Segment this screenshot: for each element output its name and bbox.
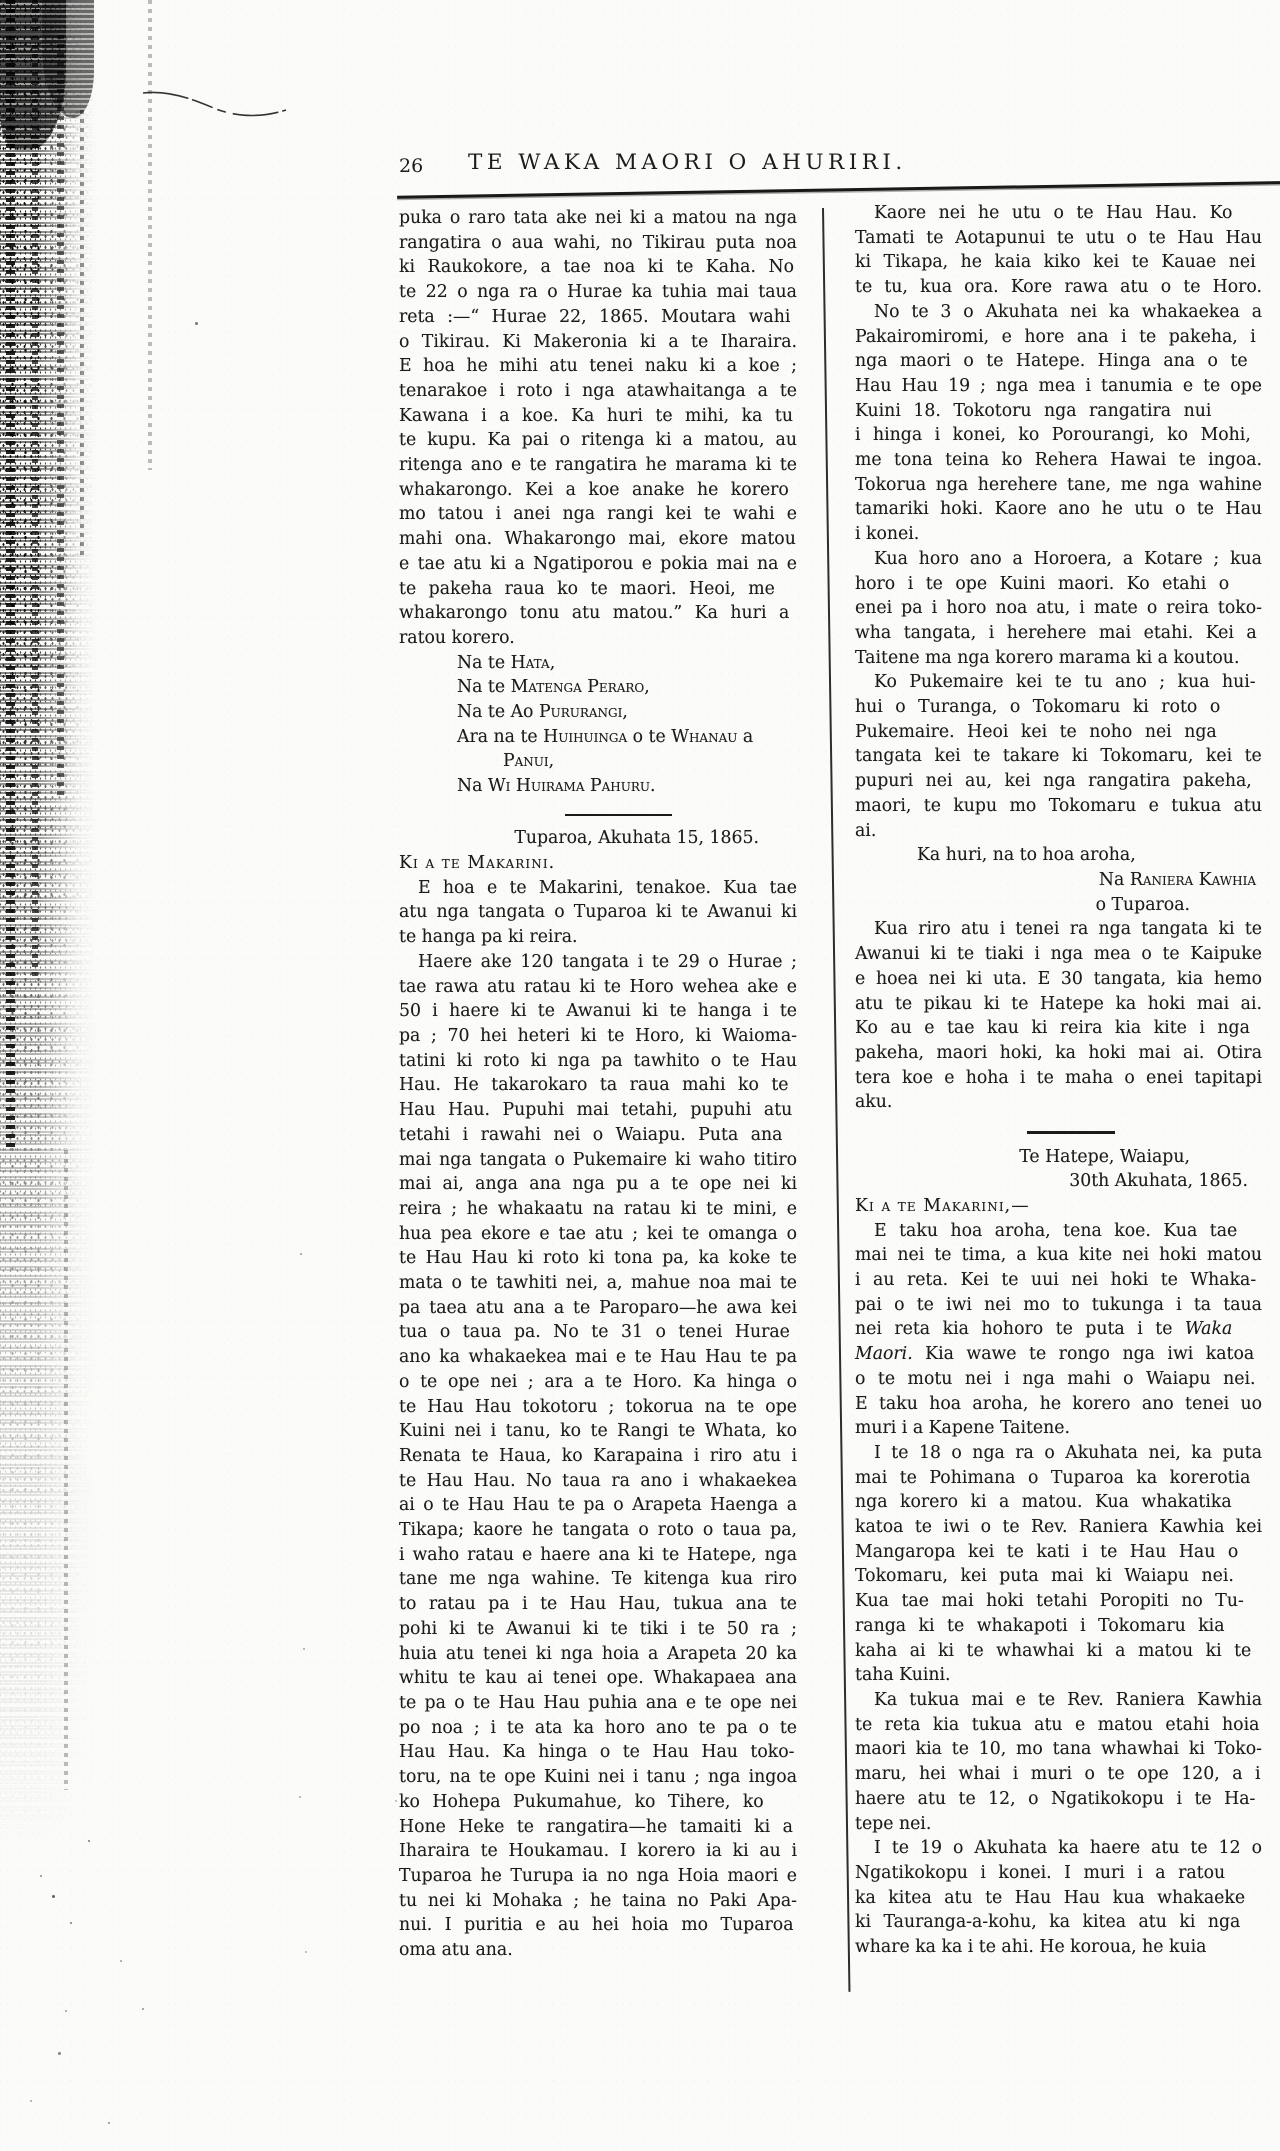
text-line: Tokorua nga herehere tane, me nga wahine <box>855 473 1262 498</box>
text-line: puka o raro tata ake nei ki a matou na n… <box>399 206 797 231</box>
text-line: Hau. He takarokaro ta raua mahi ko te <box>399 1073 797 1098</box>
text-line: Kua tae mai hoki tetahi Poropiti no Tu- <box>855 1589 1262 1614</box>
text-line: te Hau Hau. No taua ra ano i whakaekea <box>399 1469 797 1494</box>
text-line: i hinga i konei, ko Porourangi, ko Mohi, <box>855 423 1262 448</box>
dateline: Te Hatepe, Waiapu, <box>855 1145 1262 1170</box>
text-line: pa ; 70 hei heteri ki te Horo, ki Waioma… <box>399 1024 797 1049</box>
text-line: toru, na te ope Kuini nei i tanu ; nga i… <box>399 1765 797 1790</box>
text-line: mai ai, anga ana nga pu a te ope nei ki <box>399 1172 797 1197</box>
text-line: te 22 o nga ra o Hurae ka tuhia mai taua <box>399 280 797 305</box>
separator-rule <box>565 814 672 817</box>
text-line: taha Kuini. <box>855 1663 1262 1688</box>
text-line: i au reta. Kei te uui nei hoki te Whaka- <box>855 1268 1262 1293</box>
text-line: whitu te kau ai tenei ope. Whakapaea ana <box>399 1666 797 1691</box>
dust-speck <box>300 1253 302 1255</box>
dateline: 30th Akuhata, 1865. <box>855 1169 1262 1194</box>
scan-streak <box>32 0 38 980</box>
text-line: tu nei ki Mohaka ; he taina no Paki Apa- <box>399 1889 797 1914</box>
scan-streak <box>148 0 152 470</box>
text-line: te Hau Hau ki roto ki tona pa, ka koke t… <box>399 1246 797 1271</box>
text-line: Tuparoa he Turupa ia no nga Hoia maori e <box>399 1864 797 1889</box>
text-line: hua pea ekore e tae atu ; kei te omanga … <box>399 1222 797 1247</box>
text-line: tae rawa atu ratau ki te Horo wehea ake … <box>399 975 797 1000</box>
signature-line: o Tuparoa. <box>855 893 1262 918</box>
text-line: Tamati te Aotapunui te utu o te Hau Hau <box>855 226 1262 251</box>
text-line: te tu, kua ora. Kore rawa atu o te Horo. <box>855 275 1262 300</box>
text-line: Tokomaru, kei puta mai ki Waiapu nei. <box>855 1564 1262 1589</box>
text-line: o te ope nei ; ara a te Horo. Ka hinga o <box>399 1370 797 1395</box>
signature-line: Na te Ao Pururangi, <box>399 700 797 725</box>
dust-speck <box>88 1840 90 1842</box>
text-line: whakarongo tonu atu matou.” Ka huri a <box>399 601 797 626</box>
text-line: oma atu ana. <box>399 1938 797 1963</box>
text-line: mata o te tawhiti nei, a, mahue noa mai … <box>399 1271 797 1296</box>
text-line: ko Hohepa Pukumahue, ko Tihere, ko <box>399 1790 797 1815</box>
scan-streak <box>57 35 64 795</box>
text-line: e tae atu ki a Ngatiporou e pokia mai na… <box>399 552 797 577</box>
signature-line: Na te Hata, <box>399 651 797 676</box>
text-line: me tona teina ko Rehera Hawai te ingoa. <box>855 448 1262 473</box>
text-line: tatini ki roto ki nga pa tawhito o te Ha… <box>399 1049 797 1074</box>
text-line: E taku hoa aroha, he korero ano tenei uo <box>855 1392 1262 1417</box>
text-line: ki Tikapa, he kaia kiko kei te Kauae nei <box>855 250 1262 275</box>
text-line: o Tikirau. Ki Makeronia ki a te Iharaira… <box>399 330 797 355</box>
dust-speck <box>65 2010 67 2012</box>
text-line: 50 i haere ki te Awanui ki te hanga i te <box>399 999 797 1024</box>
text-line: mahi ona. Whakarongo mai, ekore matou <box>399 527 797 552</box>
text-line: aku. <box>855 1090 1262 1115</box>
text-line: No te 3 o Akuhata nei ka whakaekea a <box>855 300 1262 325</box>
text-line: horo i te ope Kuini maori. Ko etahi o <box>855 572 1262 597</box>
column-left: puka o raro tata ake nei ki a matou na n… <box>399 206 797 1963</box>
text-line: haere atu te 12, o Ngatikokopu i te Ha- <box>855 1787 1262 1812</box>
text-line: pai o te iwi nei mo to tukunga i ta taua <box>855 1293 1262 1318</box>
text-line: Maori. Kia wawe te rongo nga iwi katoa <box>855 1342 1262 1367</box>
text-line: te reta kia tukua atu e matou etahi hoia <box>855 1713 1262 1738</box>
text-line: ratou korero. <box>399 626 797 651</box>
text-line: ritenga ano e te rangatira he marama ki … <box>399 453 797 478</box>
text-line: te hanga pa ki reira. <box>399 925 797 950</box>
text-line: hui o Turanga, o Tokomaru ki roto o <box>855 695 1262 720</box>
text-line: Kawana i a koe. Ka huri te mihi, ka tu <box>399 404 797 429</box>
text-line: Ko au e tae kau ki reira kia kite i nga <box>855 1016 1262 1041</box>
text-line: po noa ; i te ata ka horo ano te pa o te <box>399 1716 797 1741</box>
dust-speck <box>120 1960 122 1962</box>
text-line: i waho ratau e haere ana ki te Hatepe, n… <box>399 1543 797 1568</box>
text-line: ai o te Hau Hau te pa o Arapeta Haenga a <box>399 1493 797 1518</box>
text-line: whare ka ka i te ahi. He koroua, he kuia <box>855 1935 1262 1960</box>
text-line: Pukemaire. Heoi kei te noho nei nga <box>855 720 1262 745</box>
header-rule <box>397 181 1280 199</box>
text-line: ranga ki te whakapoti i Tokomaru kia <box>855 1614 1262 1639</box>
signature-line: Na Wi Huirama Pahuru. <box>399 774 797 799</box>
text-line: E hoa e te Makarini, tenakoe. Kua tae <box>399 876 797 901</box>
text-line: rangatira o aua wahi, no Tikirau puta no… <box>399 231 797 256</box>
pen-stroke-artifact <box>140 88 290 130</box>
text-line: whakarongo. Kei a koe anake he korero <box>399 478 797 503</box>
scan-streak <box>64 1150 68 1790</box>
text-line: Ko Pukemaire kei te tu ano ; kua hui- <box>855 670 1262 695</box>
column-right: Kaore nei he utu o te Hau Hau. KoTamati … <box>855 201 1262 1960</box>
text-line: te pakeha raua ko te maori. Heoi, me <box>399 577 797 602</box>
column-divider-rule <box>822 208 850 1992</box>
ink-blob <box>42 0 94 118</box>
text-line: tane me nga wahine. Te kitenga kua riro <box>399 1567 797 1592</box>
text-line: tenarakoe i roto i nga atawhaitanga a te <box>399 379 797 404</box>
text-line: Kuini 18. Tokotoru nga rangatira nui <box>855 399 1262 424</box>
text-line: atu nga tangata o Tuparoa ki te Awanui k… <box>399 900 797 925</box>
dust-speck <box>52 1895 55 1898</box>
text-line: pakeha, maori hoki, ka hoki mai ai. Otir… <box>855 1041 1262 1066</box>
text-line: Kua riro atu i tenei ra nga tangata ki t… <box>855 917 1262 942</box>
text-line: te Hau Hau tokotoru ; tokorua na te ope <box>399 1395 797 1420</box>
text-line: Kua horo ano a Horoera, a Kotare ; kua <box>855 547 1262 572</box>
text-line: nga korero ki a matou. Kua whakatika <box>855 1490 1262 1515</box>
text-line: mai te Pohimana o Tuparoa ka korerotia <box>855 1466 1262 1491</box>
text-line: tera koe e hoha i te maha o enei tapitap… <box>855 1066 1262 1091</box>
text-line: Ngatikokopu i konei. I muri i a ratou <box>855 1861 1262 1886</box>
ink-blob <box>0 0 66 150</box>
text-line: huia atu tenei ki nga hoia a Arapeta 20 … <box>399 1642 797 1667</box>
signature-line: Ara na te Huihuinga o te Whanau a <box>399 725 797 750</box>
text-line: Kuini nei i tanu, ko te Rangi te Whata, … <box>399 1419 797 1444</box>
text-line: e hoea nei ki uta. E 30 tangata, kia hem… <box>855 967 1262 992</box>
page-number: 26 <box>399 155 423 177</box>
text-line: E hoa he mihi atu tenei naku ki a koe ; <box>399 354 797 379</box>
text-line: enei pa i horo noa atu, i mate o reira t… <box>855 596 1262 621</box>
separator-rule <box>1027 1131 1115 1134</box>
text-line: pa taea atu ana a te Paroparo—he awa kei <box>399 1296 797 1321</box>
text-line: maru, hei whai i muri o te ope 120, a i <box>855 1762 1262 1787</box>
dust-speck <box>70 1922 72 1924</box>
text-line: Hau Hau 19 ; nga mea i tanumia e te ope <box>855 374 1262 399</box>
text-line: wha tangata, i herehere mai etahi. Kei a <box>855 621 1262 646</box>
text-line: I te 18 o nga ra o Akuhata nei, ka puta <box>855 1441 1262 1466</box>
text-line: Hone Heke te rangatira—he tamaiti ki a <box>399 1815 797 1840</box>
dust-speck <box>30 2100 32 2102</box>
dust-speck <box>303 1648 305 1650</box>
text-line: o te motu nei i nga mahi o Waiapu nei. <box>855 1367 1262 1392</box>
text-line: Awanui ki te tiaki i nga mea o te Kaipuk… <box>855 942 1262 967</box>
dateline: Tuparoa, Akuhata 15, 1865. <box>399 826 797 851</box>
text-line: nei reta kia hohoro te puta i te Waka <box>855 1317 1262 1342</box>
scanned-newspaper-page: { "page": { "number": "26", "title": "TE… <box>0 0 1280 2151</box>
text-line: atu te pikau ki te Hatepe ka hoki mai ai… <box>855 992 1262 1017</box>
text-line: tamariki hoki. Kaore ano he utu o te Hau <box>855 497 1262 522</box>
text-line: maori kia te 10, mo tana whawhai ki Toko… <box>855 1737 1262 1762</box>
text-line: muri i a Kapene Taitene. <box>855 1416 1262 1441</box>
text-line: mo tatou i anei nga rangi kei te wahi e <box>399 502 797 527</box>
text-line: reira ; he whakaatu na ratau ki te mini,… <box>399 1197 797 1222</box>
text-line: E taku hoa aroha, tena koe. Kua tae <box>855 1219 1262 1244</box>
text-line: Iharaira te Houkamau. I korero ia ki au … <box>399 1839 797 1864</box>
dust-speck <box>305 1951 307 1953</box>
text-line: reta :—“ Hurae 22, 1865. Moutara wahi <box>399 305 797 330</box>
text-line: mai nga tangata o Pukemaire ki waho titi… <box>399 1148 797 1173</box>
text-line: Renata te Haua, ko Karapaina i riro atu … <box>399 1444 797 1469</box>
text-line: Hau Hau. Pupuhi mai tetahi, pupuhi atu <box>399 1098 797 1123</box>
signature-line: Na Raniera Kawhia <box>855 868 1262 893</box>
dust-speck <box>299 1796 301 1798</box>
dust-speck <box>195 322 198 325</box>
text-line: I te 19 o Akuhata ka haere atu te 12 o <box>855 1836 1262 1861</box>
text-line: tetahi i rawahi nei o Waiapu. Puta ana <box>399 1123 797 1148</box>
dust-speck <box>108 2122 110 2124</box>
text-line: ka kitea atu te Hau Hau kua whakaeke <box>855 1886 1262 1911</box>
dust-speck <box>58 2052 61 2055</box>
text-line: Mangaropa kei te kati i te Hau Hau o <box>855 1540 1262 1565</box>
text-line: Pakairomiromi, e hore ana i te pakeha, i <box>855 325 1262 350</box>
text-line: ai. <box>855 819 1262 844</box>
dust-speck <box>395 1800 397 1802</box>
text-line: tangata kei te takare ki Tokomaru, kei t… <box>855 744 1262 769</box>
text-line: to ratau pa i te Hau Hau, tukua ana te <box>399 1592 797 1617</box>
text-line: ki Tauranga-a-kohu, ka kitea atu ki nga <box>855 1910 1262 1935</box>
text-line: Hau Hau. Ka hinga o te Hau Hau toko- <box>399 1740 797 1765</box>
text-line: te pa o te Hau Hau puhia ana e te ope ne… <box>399 1691 797 1716</box>
text-line: pupuri nei au, kei nga rangatira pakeha, <box>855 769 1262 794</box>
text-line: Tikapa; kaore he tangata o roto o taua p… <box>399 1518 797 1543</box>
newspaper-masthead-title: TE WAKA MAORI O AHURIRI. <box>468 150 907 175</box>
text-line: maori, te kupu mo Tokomaru e tukua atu <box>855 794 1262 819</box>
text-line: tepe nei. <box>855 1812 1262 1837</box>
binding-noise-band <box>0 0 96 1870</box>
section-heading: Ki a te Makarini,— <box>855 1194 1262 1219</box>
text-line: Ka tukua mai e te Rev. Raniera Kawhia <box>855 1688 1262 1713</box>
section-heading: Ki a te Makarini. <box>399 851 797 876</box>
text-line: nga maori o te Hatepe. Hinga ana o te <box>855 349 1262 374</box>
scan-streak <box>80 110 84 560</box>
text-line: kaha ai ki te whawhai ki a matou ki te <box>855 1639 1262 1664</box>
text-line: Taitene ma nga korero marama ki a koutou… <box>855 646 1262 671</box>
signature-line: Ka huri, na to hoa aroha, <box>855 843 1262 868</box>
text-line: pohi ki te Awanui ki te tiki i te 50 ra … <box>399 1617 797 1642</box>
text-line: nui. I puritia e au hei hoia mo Tuparoa <box>399 1913 797 1938</box>
signature-line: Panui, <box>399 749 797 774</box>
dust-speck <box>142 2008 144 2010</box>
text-line: Haere ake 120 tangata i te 29 o Hurae ; <box>399 950 797 975</box>
dust-speck <box>40 1875 42 1877</box>
text-line: ki Raukokore, a tae noa ki te Kaha. No <box>399 255 797 280</box>
text-line: katoa te iwi o te Rev. Raniera Kawhia ke… <box>855 1515 1262 1540</box>
text-line: i konei. <box>855 522 1262 547</box>
text-line: Kaore nei he utu o te Hau Hau. Ko <box>855 201 1262 226</box>
text-line: mai nei te tima, a kua kite nei hoki mat… <box>855 1243 1262 1268</box>
scan-streak <box>6 0 15 1150</box>
text-line: tua o taua pa. No te 31 o tenei Hurae <box>399 1320 797 1345</box>
text-line: te kupu. Ka pai o ritenga ki a matou, au <box>399 428 797 453</box>
signature-line: Na te Matenga Peraro, <box>399 675 797 700</box>
text-line: ano ka whakaekea mai e te Hau Hau te pa <box>399 1345 797 1370</box>
